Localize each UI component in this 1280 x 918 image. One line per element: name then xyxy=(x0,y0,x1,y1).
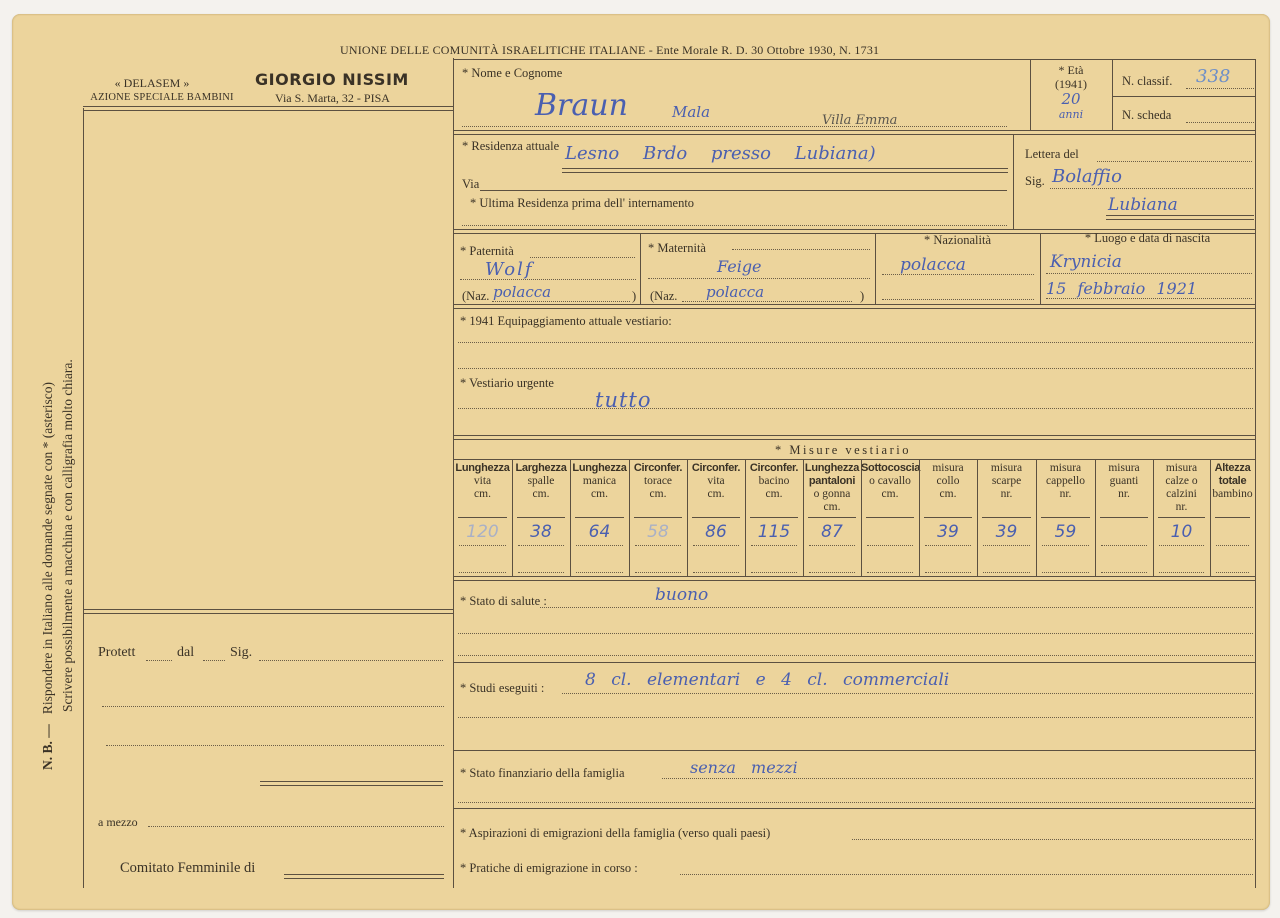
studi-value[interactable]: 8 cl. elementari e 4 cl. commerciali xyxy=(585,670,949,690)
measure-value[interactable]: 59 xyxy=(1036,522,1095,542)
lettera-field[interactable] xyxy=(1097,161,1252,162)
measure-header: misuraguantinr. xyxy=(1095,462,1153,501)
equip-label: * 1941 Equipaggiamento attuale vestiario… xyxy=(460,314,672,329)
measure-header: misurascarpenr. xyxy=(977,462,1036,501)
measure-value[interactable]: 39 xyxy=(919,522,977,542)
maternita-naz-label: (Naz. xyxy=(650,289,677,304)
measure-header: Circonfer.toracecm. xyxy=(629,462,687,501)
lettera-label: Lettera del xyxy=(1025,147,1079,162)
measure-header: Lunghezzavitacm. xyxy=(453,462,512,501)
aspir-label: * Aspirazioni di emigrazioni della famig… xyxy=(460,826,770,841)
measure-header: Circonfer.bacinocm. xyxy=(745,462,803,501)
measure-header: Altezza totalebambino xyxy=(1210,462,1255,501)
eta-label: * Età(1941) xyxy=(1030,63,1112,91)
measure-value[interactable]: 10 xyxy=(1153,522,1210,542)
paternita-value[interactable]: Wolf xyxy=(485,259,534,280)
pratiche-field[interactable] xyxy=(680,874,1253,875)
measure-value[interactable]: 120 xyxy=(453,522,512,542)
lettera-sig-value[interactable]: Bolaffio xyxy=(1052,166,1122,187)
nome-label: * Nome e Cognome xyxy=(462,66,562,81)
pratiche-label: * Pratiche di emigrazione in corso : xyxy=(460,861,638,876)
nome-value[interactable]: Braun xyxy=(535,88,628,123)
maternita-value[interactable]: Feige xyxy=(717,257,762,276)
via-label: Via xyxy=(462,177,479,192)
finanz-value[interactable]: senza mezzi xyxy=(690,758,798,777)
measure-header: Lunghezza pantalonio gonnacm. xyxy=(803,462,861,514)
measure-value[interactable]: 64 xyxy=(570,522,629,542)
salute-label: * Stato di salute : xyxy=(460,594,547,609)
sig-label: Sig. xyxy=(230,645,252,661)
misure-title: * Misure vestiario xyxy=(775,443,911,458)
paternita-naz-label: (Naz. xyxy=(462,289,489,304)
side-note-line2: Scrivere possibilmente a macchina e con … xyxy=(60,359,76,712)
eta-value[interactable]: 20anni xyxy=(1030,92,1112,122)
measure-value[interactable]: 58 xyxy=(629,522,687,542)
measure-header: Lunghezzamanicacm. xyxy=(570,462,629,501)
paren-close: ) xyxy=(632,289,636,304)
comitato-label: Comitato Femminile di xyxy=(120,860,255,877)
nascita-label: * Luogo e data di nascita xyxy=(1040,231,1255,246)
org-address: Via S. Marta, 32 - PISA xyxy=(275,91,390,106)
comitato-field[interactable] xyxy=(284,874,444,879)
paternita-label: * Paternità xyxy=(460,244,514,259)
measure-header: Circonfer.vitacm. xyxy=(687,462,745,501)
measure-header: misura calze ocalzininr. xyxy=(1153,462,1210,514)
finanz-label: * Stato finanziario della famiglia xyxy=(460,766,625,781)
ultima-residenza-label: * Ultima Residenza prima dell' intername… xyxy=(470,196,694,211)
scheda-label: N. scheda xyxy=(1122,108,1171,123)
maternita-label: * Maternità xyxy=(648,241,706,256)
side-note-line1: N. B. — Rispondere in Italiano alle doma… xyxy=(40,210,56,770)
measure-header: misuracappellonr. xyxy=(1036,462,1095,501)
measure-value[interactable]: 86 xyxy=(687,522,745,542)
measure-header: Larghezzaspallecm. xyxy=(512,462,570,501)
measure-value[interactable]: 115 xyxy=(745,522,803,542)
paternita-naz-value[interactable]: polacca xyxy=(493,283,551,301)
lettera-sig-value-2[interactable]: Lubiana xyxy=(1108,195,1178,215)
nascita-luogo-value[interactable]: Krynicia xyxy=(1050,252,1122,272)
equip-field[interactable] xyxy=(458,342,1253,343)
nazionalita-value[interactable]: polacca xyxy=(900,255,966,275)
dal-label: dal xyxy=(177,645,194,661)
nascita-data-value[interactable]: 15 febbraio 1921 xyxy=(1046,279,1197,298)
scheda-field[interactable] xyxy=(1186,122,1254,123)
sig-field[interactable] xyxy=(259,660,443,661)
measure-value[interactable]: 39 xyxy=(977,522,1036,542)
measure-header: misuracollocm. xyxy=(919,462,977,501)
org-name: GIORGIO NISSIM xyxy=(255,70,409,89)
a-mezzo-field[interactable] xyxy=(148,826,444,827)
aspir-field[interactable] xyxy=(852,839,1253,840)
protett-label: Protett xyxy=(98,645,135,661)
classif-value[interactable]: 338 xyxy=(1196,66,1230,87)
residenza-label: * Residenza attuale xyxy=(462,139,559,154)
azione-label: AZIONE SPECIALE BAMBINI xyxy=(82,92,242,103)
measure-value[interactable]: 38 xyxy=(512,522,570,542)
vestiario-label: * Vestiario urgente xyxy=(460,376,554,391)
nome-first-value[interactable]: Mala xyxy=(672,103,710,121)
classif-label: N. classif. xyxy=(1122,74,1172,89)
a-mezzo-label: a mezzo xyxy=(98,815,138,830)
ultima-residenza-field[interactable] xyxy=(462,225,1007,226)
studi-label: * Studi eseguiti : xyxy=(460,681,544,696)
org-title: UNIONE DELLE COMUNITÀ ISRAELITICHE ITALI… xyxy=(340,43,879,58)
lettera-sig-label: Sig. xyxy=(1025,174,1045,189)
measure-value[interactable]: 87 xyxy=(803,522,861,542)
salute-value[interactable]: buono xyxy=(655,585,708,605)
maternita-naz-value[interactable]: polacca xyxy=(706,283,764,301)
paren-close: ) xyxy=(860,289,864,304)
delasem-label: « DELASEM » xyxy=(82,76,222,91)
nazionalita-label: * Nazionalità xyxy=(875,233,1040,248)
measure-header: Sottocosciao cavallocm. xyxy=(861,462,919,501)
residenza-value[interactable]: Lesno Brdo presso Lubiana) xyxy=(565,143,876,164)
